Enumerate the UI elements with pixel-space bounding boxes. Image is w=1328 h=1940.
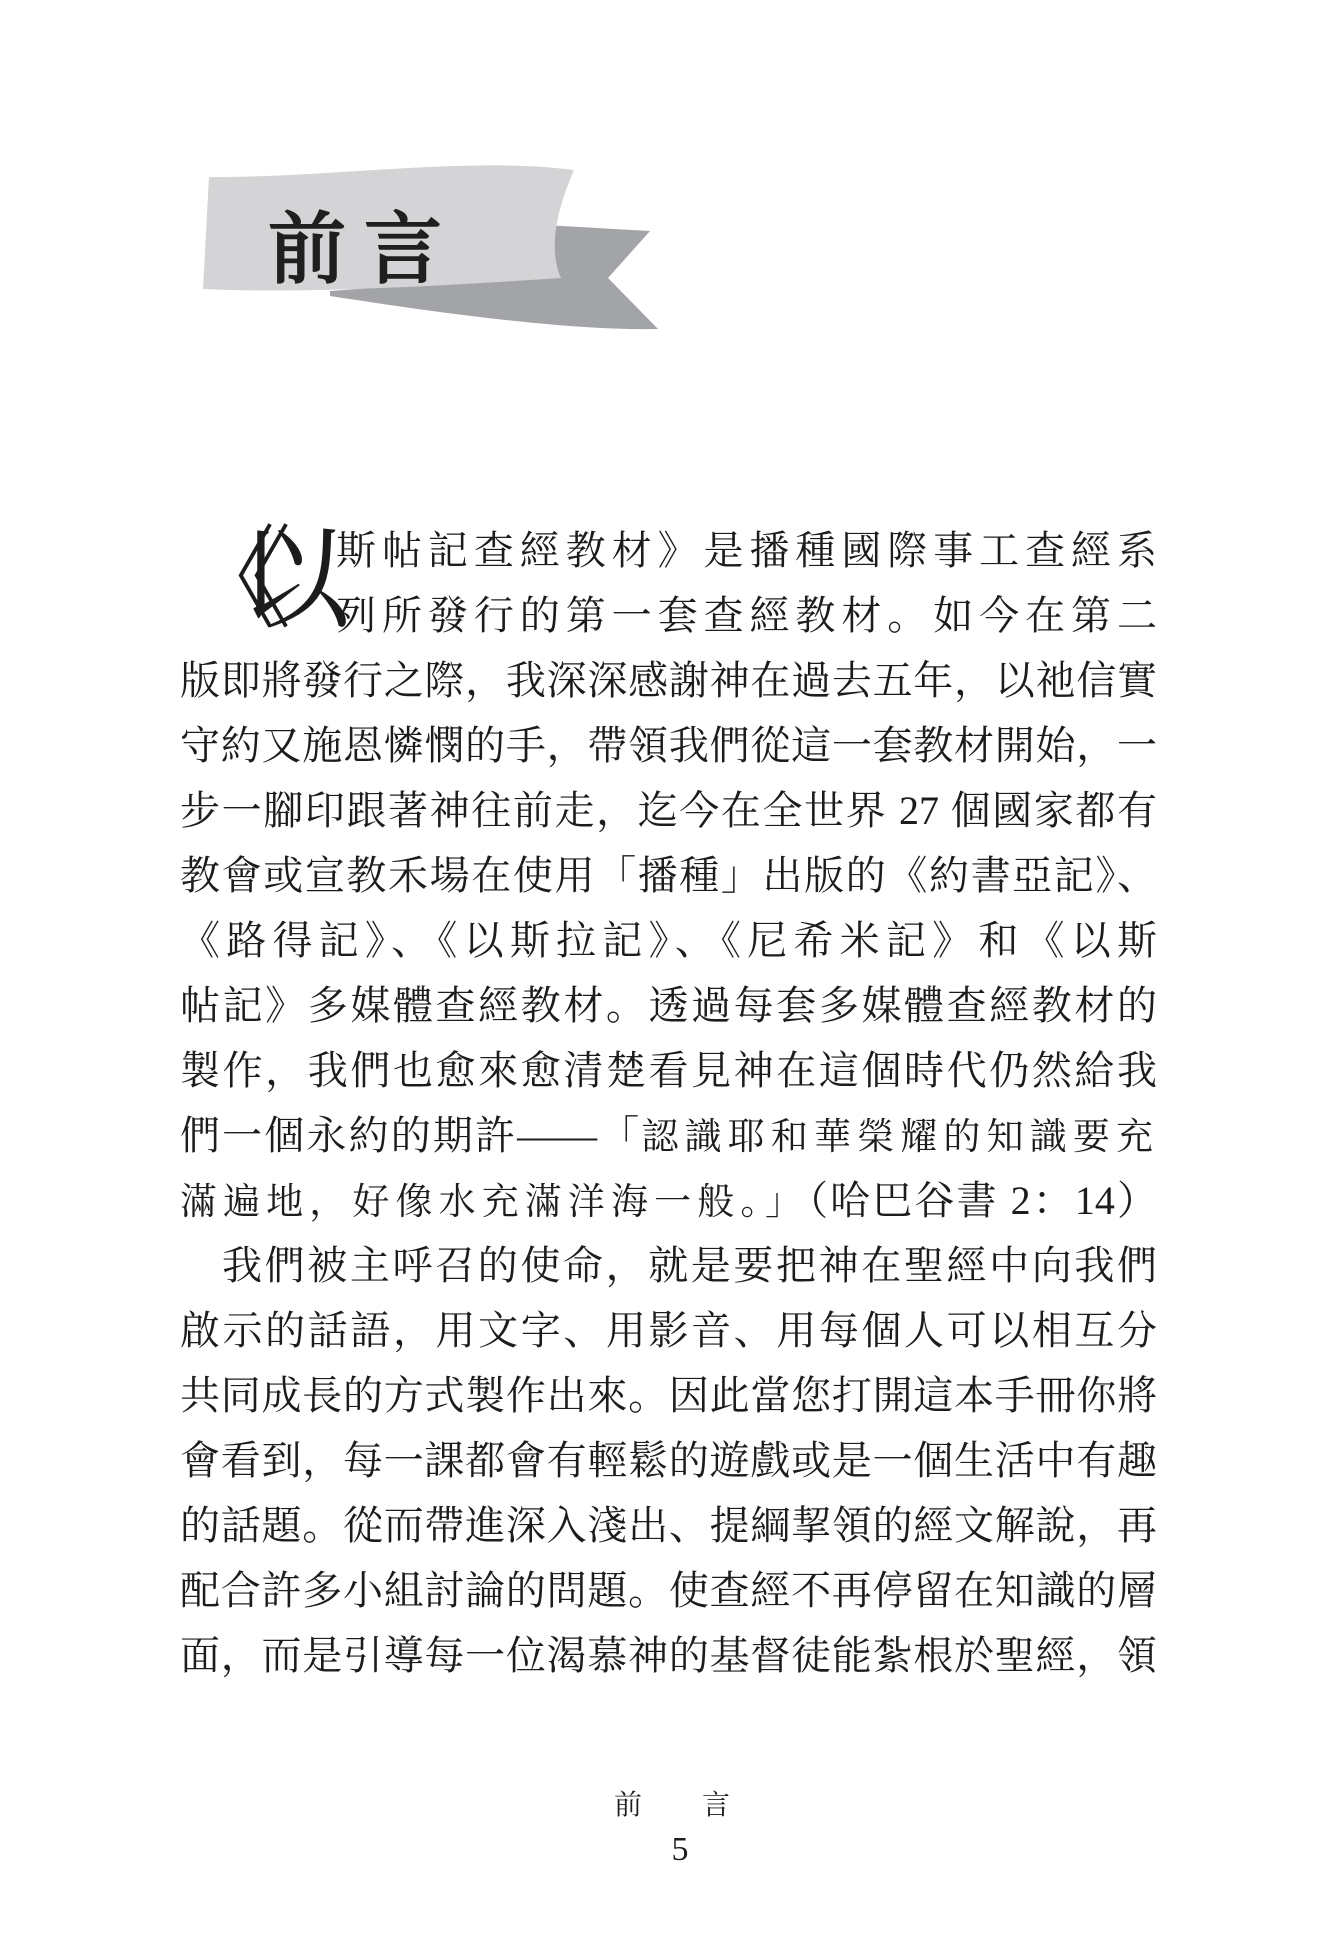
dropcap-char: 以 (238, 519, 350, 643)
scripture-quote-segment: 認識耶和華榮耀的知識要充 (641, 1117, 1157, 1158)
body-line: 我們被主呼召的使命，就是要把神在聖經中向我們 (180, 1233, 1157, 1298)
body-line: 面，而是引導每一位渴慕神的基督徒能紮根於聖經，領 (180, 1623, 1157, 1688)
body-line: 會看到，每一課都會有輕鬆的遊戲或是一個生活中有趣 (180, 1428, 1157, 1493)
body-line-with-quote: 滿遍地，好像水充滿洋海一般。」（哈巴谷書 2：14） (180, 1168, 1157, 1233)
body-line: 教會或宣教禾場在使用「播種」出版的《約書亞記》、 (180, 843, 1157, 908)
chapter-title: 前言 (268, 187, 460, 299)
chapter-banner: 前言 (140, 115, 700, 355)
body-text: 《以 斯帖記查經教材》是播種國際事工查經系 列所發行的第一套查經教材。如今在第二… (180, 518, 1157, 1688)
body-line: 列所發行的第一套查經教材。如今在第二 (336, 583, 1157, 648)
dropcap: 《以 (180, 518, 330, 646)
scripture-reference: （哈巴谷書 2：14） (808, 1178, 1157, 1223)
body-line: 共同成長的方式製作出來。因此當您打開這本手冊你將 (180, 1363, 1157, 1428)
body-line: 配合許多小組討論的問題。使查經不再停留在知識的層 (180, 1558, 1157, 1623)
scripture-quote-segment: 滿遍地，好像水充滿洋海一般。」 (180, 1182, 808, 1223)
body-line: 《路得記》、《以斯拉記》、《尼希米記》和《以斯 (180, 908, 1157, 973)
book-page: 前言 《以 斯帖記查經教材》是播種國際事工查經系 列所發行的第一套查經教材。如今… (0, 0, 1328, 1940)
body-line: 的話題。從而帶進深入淺出、提綱挈領的經文解說，再 (180, 1493, 1157, 1558)
body-line: 守約又施恩憐憫的手，帶領我們從這一套教材開始，一 (180, 713, 1157, 778)
body-line: 版即將發行之際，我深深感謝神在過去五年，以祂信實 (180, 648, 1157, 713)
body-line: 製作，我們也愈來愈清楚看見神在這個時代仍然給我 (180, 1038, 1157, 1103)
body-line: 斯帖記查經教材》是播種國際事工查經系 (336, 518, 1157, 583)
body-line-regular-segment: 們一個永約的期許——「 (180, 1113, 641, 1158)
body-line: 帖記》多媒體查經教材。透過每套多媒體查經教材的 (180, 973, 1157, 1038)
body-line: 啟示的話語，用文字、用影音、用每個人可以相互分享、 (180, 1298, 1157, 1363)
page-number: 5 (180, 1831, 1180, 1869)
body-line: 步一腳印跟著神往前走，迄今在全世界 27 個國家都有 (180, 778, 1157, 843)
footer-section-label: 前 言 (180, 1783, 1180, 1823)
dropcap-bracket: 《 (180, 518, 238, 644)
body-line-with-quote: 們一個永約的期許——「認識耶和華榮耀的知識要充 (180, 1103, 1157, 1168)
